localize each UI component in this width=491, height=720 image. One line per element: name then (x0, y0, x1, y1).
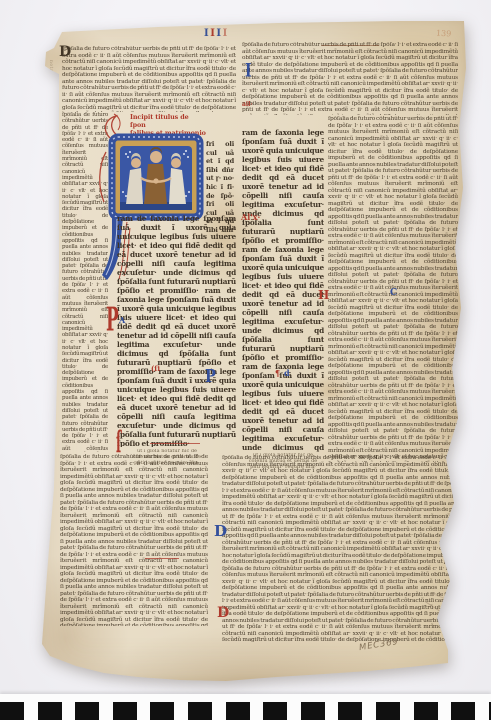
col1-blue-versal-A: A (119, 316, 125, 324)
scale-bar-square (376, 702, 400, 720)
scale-bar-square (451, 702, 475, 720)
col1-tall-red-initial: ſ (116, 428, 121, 458)
book-number-IIII: IIII (204, 29, 229, 39)
photographic-scale-bar (0, 694, 491, 720)
col1-blue-initial-P: P (205, 368, 216, 386)
gloss-top-left: ſpõſalia de futuro cõtrahũtur uerbis de … (62, 46, 236, 112)
manuscript-leaf: IIII 139 nota ſpõſalia de futuro cõtrahũ… (38, 18, 468, 682)
red-underline-1 (150, 443, 200, 444)
scale-bar-square (0, 702, 24, 720)
right-gloss-blue-pilcrow-C: C (390, 289, 397, 298)
gloss-underline-top (321, 45, 379, 46)
red-underline-2 (145, 558, 179, 559)
scale-bar-square (113, 702, 137, 720)
scale-bar-square (338, 702, 362, 720)
col1-red-paren: (ſi (151, 365, 160, 372)
col2-red-pilcrow: ¶ (275, 369, 280, 377)
right-gloss-red-initial-H: H (318, 289, 329, 301)
photo-stage: IIII 139 nota ſpõſalia de futuro cõtrahũ… (0, 0, 491, 720)
gloss-blue-initial-I: I (245, 62, 252, 80)
gloss-ink-initial-D: D (59, 45, 71, 59)
parchment-surface: IIII 139 nota ſpõſalia de futuro cõtrahũ… (38, 18, 468, 682)
scale-bar-square (75, 702, 99, 720)
scale-bar-square (263, 702, 287, 720)
gloss-red-word: ail· (242, 102, 253, 108)
marginal-note: nota (48, 60, 53, 72)
bottom-blue-initial-D: D (214, 524, 227, 539)
scale-bar-square (226, 702, 250, 720)
gloss-top-right: ſpõſalia de futuro cõtrahũtur uerbis de … (242, 42, 458, 115)
text-column-2: ram de ſaxonia lege ſponſam ſuã duxit ĩ … (242, 128, 324, 452)
scale-bar-square (301, 702, 325, 720)
scale-bar-square (414, 702, 438, 720)
book-number-letter: I (223, 28, 229, 39)
col2-author-note-red: Al'x· (241, 213, 260, 221)
scale-bar-square (38, 702, 62, 720)
scale-bar-square (188, 702, 212, 720)
text-column-1: ram de ſaxonia lege ſponſam ſuã duxit ĩ … (117, 214, 236, 447)
col2-blue-letter: d (284, 369, 290, 377)
scale-bar-squares (0, 702, 491, 720)
bottom-red-initial-D: D (217, 606, 229, 620)
scale-bar-square (150, 702, 174, 720)
gloss-bottom-left: ſpõſalia de futuro cõtrahũtur uerbis de … (60, 454, 208, 626)
margin-red-initial-P: P (106, 304, 119, 337)
gloss-bottom-right: ſpõſalia de futuro cõtrahũtur uerbis de … (222, 455, 460, 642)
folio-number: 139 (436, 28, 452, 38)
